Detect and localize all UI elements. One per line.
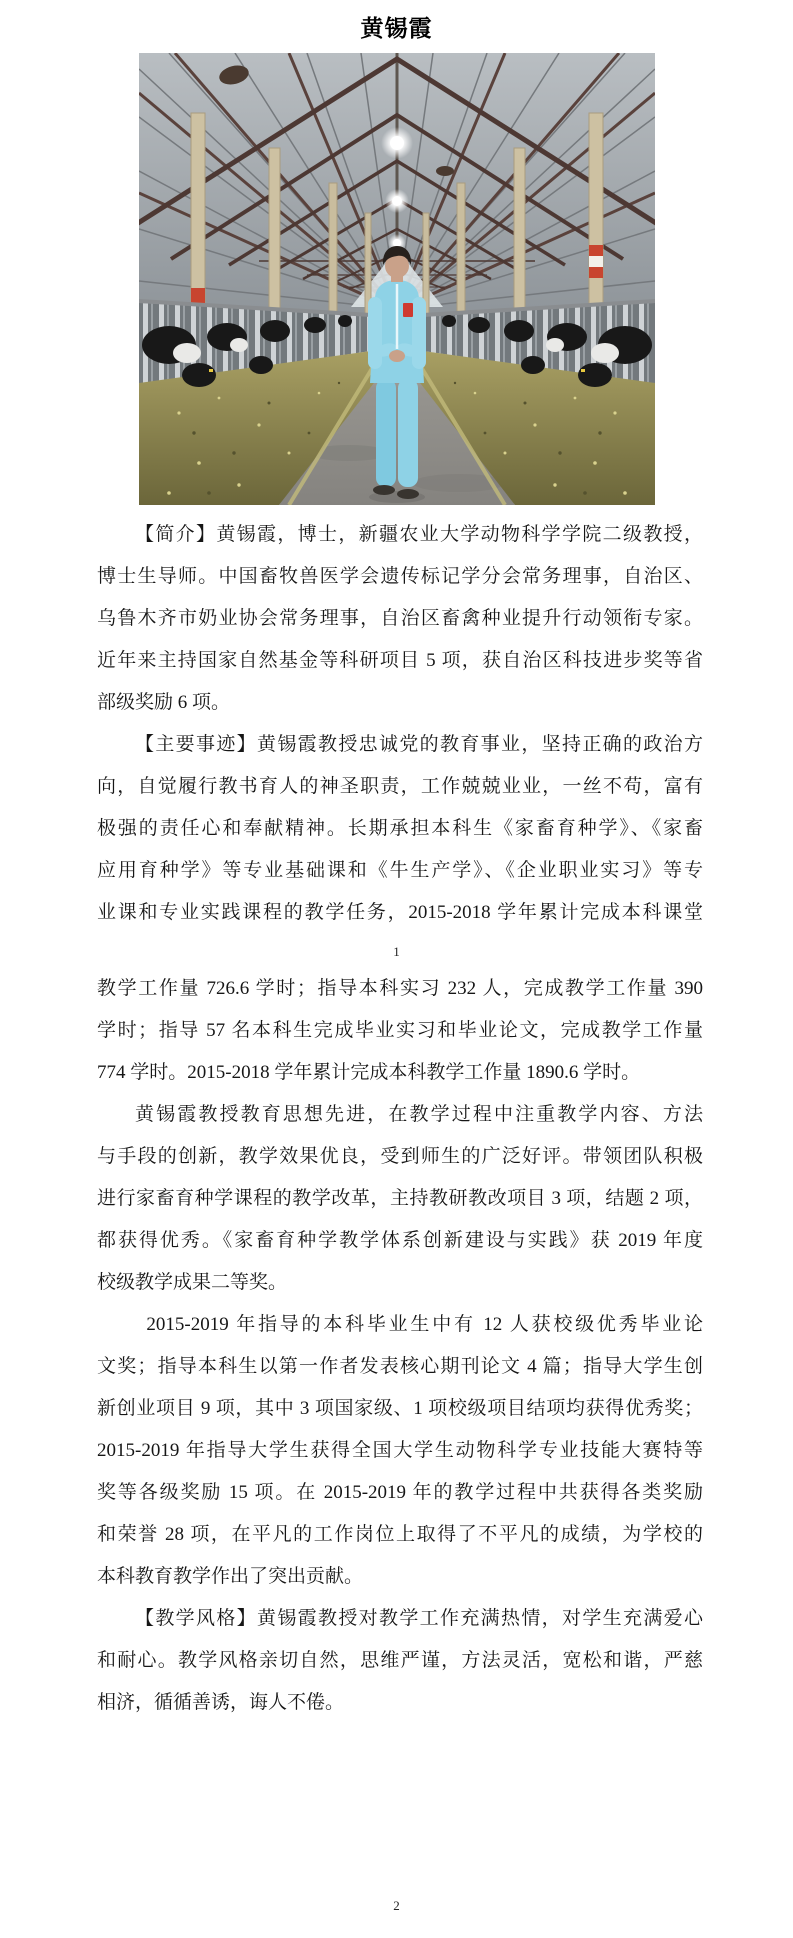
text-line: 应用育种学》等专业基础课和《牛生产学》、《企业职业实习》等专 bbox=[97, 850, 703, 892]
text-line: 向，自觉履行教书育人的神圣职责，工作兢兢业业，一丝不苟，富有 bbox=[97, 766, 703, 808]
text-line: 774 学时。2015-2018 学年累计完成本科教学工作量 1890.6 学时… bbox=[97, 1052, 703, 1094]
text-line: 2015-2019 年指导的本科毕业生中有 12 人获校级优秀毕业论 bbox=[97, 1304, 703, 1346]
page-number-2: 2 bbox=[0, 1898, 793, 1914]
text-line: 乌鲁木齐市奶业协会常务理事，自治区畜禽种业提升行动领衔专家。 bbox=[97, 598, 703, 640]
text-line: 相济，循循善诱，诲人不倦。 bbox=[97, 1682, 703, 1724]
text-line: 本科教育教学作出了突出贡献。 bbox=[97, 1556, 703, 1598]
text-line: 博士生导师。中国畜牧兽医学会遗传标记学分会常务理事，自治区、 bbox=[97, 556, 703, 598]
text-line: 进行家畜育种学课程的教学改革，主持教研教改项目 3 项，结题 2 项， bbox=[97, 1178, 703, 1220]
chest-badge bbox=[403, 303, 413, 317]
hands bbox=[389, 350, 405, 362]
page-2-text: 教学工作量 726.6 学时；指导本科实习 232 人，完成教学工作量 390学… bbox=[97, 968, 703, 1724]
text-line: 都获得优秀。《家畜育种学教学体系创新建设与实践》获 2019 年度 bbox=[97, 1220, 703, 1262]
text-line: 极强的责任心和奉献精神。长期承担本科生《家畜育种学》、《家畜 bbox=[97, 808, 703, 850]
text-line: 奖等各级奖励 15 项。在 2015-2019 年的教学过程中共获得各类奖励 bbox=[97, 1472, 703, 1514]
page-number-1: 1 bbox=[0, 944, 793, 960]
text-line: 和荣誉 28 项，在平凡的工作岗位上取得了不平凡的成绩，为学校的 bbox=[97, 1514, 703, 1556]
text-line: 和耐心。教学风格亲切自然，思维严谨，方法灵活，宽松和谐，严慈 bbox=[97, 1640, 703, 1682]
cow-ear-tag bbox=[581, 369, 585, 372]
text-line: 【教学风格】黄锡霞教授对教学工作充满热情，对学生充满爱心 bbox=[97, 1598, 703, 1640]
roof-dark-object bbox=[436, 166, 454, 176]
text-line: 与手段的创新，教学效果优良，受到师生的广泛好评。带领团队积极 bbox=[97, 1136, 703, 1178]
shoe bbox=[397, 489, 419, 499]
post-striped-marker bbox=[589, 245, 603, 278]
text-line: 教学工作量 726.6 学时；指导本科实习 232 人，完成教学工作量 390 bbox=[97, 968, 703, 1010]
profile-photo bbox=[139, 53, 655, 505]
cow-head bbox=[578, 363, 612, 387]
cow-head bbox=[521, 356, 545, 374]
text-line: 文奖；指导本科生以第一作者发表核心期刊论文 4 篇；指导大学生创 bbox=[97, 1346, 703, 1388]
barn-photo-graphic bbox=[139, 53, 655, 505]
cow-head bbox=[249, 356, 273, 374]
text-line: 近年来主持国家自然基金等科研项目 5 项，获自治区科技进步奖等省 bbox=[97, 640, 703, 682]
text-line: 部级奖励 6 项。 bbox=[97, 682, 703, 724]
page-1-text: 【简介】黄锡霞，博士，新疆农业大学动物科学学院二级教授，博士生导师。中国畜牧兽医… bbox=[97, 514, 703, 934]
text-line: 学时；指导 57 名本科生完成毕业实习和毕业论文，完成教学工作量 bbox=[97, 1010, 703, 1052]
text-line: 2015-2019 年指导大学生获得全国大学生动物科学专业技能大赛特等 bbox=[97, 1430, 703, 1472]
text-line: 业课和专业实践课程的教学任务，2015-2018 学年累计完成本科课堂 bbox=[97, 892, 703, 934]
text-line: 校级教学成果二等奖。 bbox=[97, 1262, 703, 1304]
text-line: 【主要事迹】黄锡霞教授忠诚党的教育事业，坚持正确的政治方 bbox=[97, 724, 703, 766]
text-line: 【简介】黄锡霞，博士，新疆农业大学动物科学学院二级教授， bbox=[97, 514, 703, 556]
document-title: 黄锡霞 bbox=[0, 10, 793, 43]
text-line: 黄锡霞教授教育思想先进，在教学过程中注重教学内容、方法 bbox=[97, 1094, 703, 1136]
cow-head bbox=[182, 363, 216, 387]
cow-ear-tag bbox=[209, 369, 213, 372]
shoe bbox=[373, 485, 395, 495]
text-line: 新创业项目 9 项，其中 3 项国家级、1 项校级项目结项均获得优秀奖； bbox=[97, 1388, 703, 1430]
